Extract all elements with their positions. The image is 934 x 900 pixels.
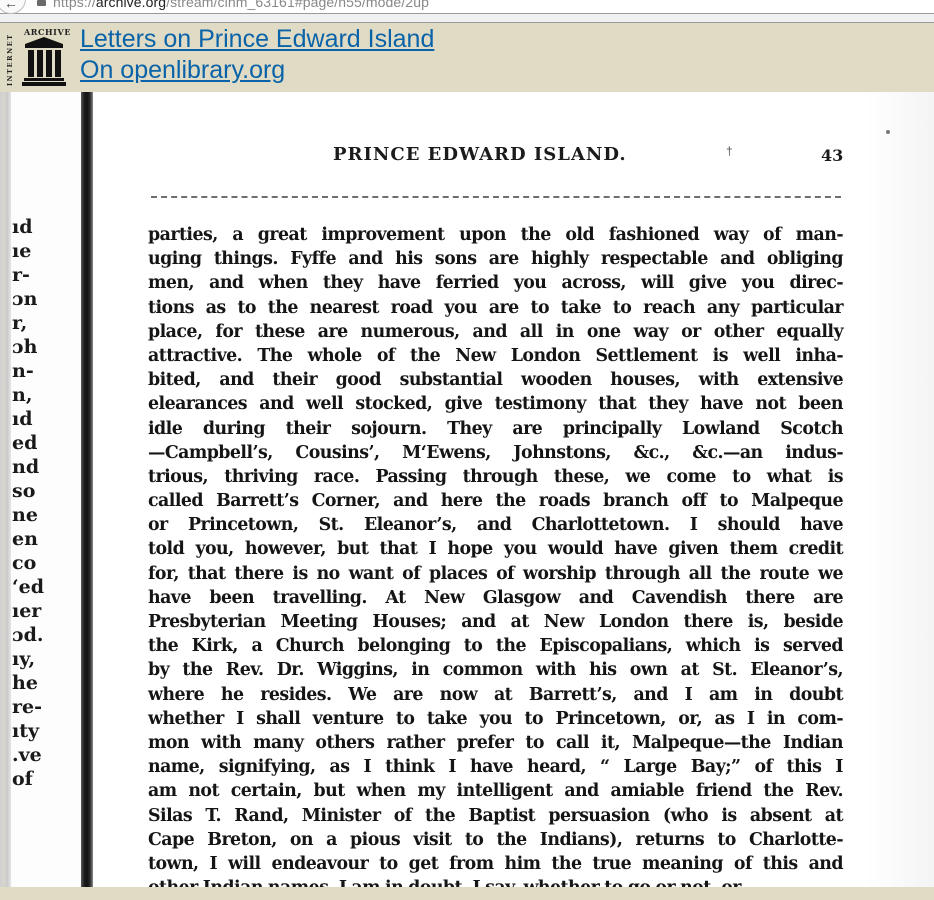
- ia-footer-band: [0, 887, 934, 900]
- text-line: place, for these are numerous, and all i…: [148, 320, 843, 344]
- text-line: parties, a great improvement upon the ol…: [148, 223, 843, 247]
- back-arrow-icon: ←: [4, 0, 18, 10]
- previous-page-text-fragment: ıd: [12, 215, 33, 239]
- header-rule: [151, 196, 841, 198]
- text-line: the Kirk, a Church belonging to the Epis…: [148, 634, 843, 658]
- text-line: whether I shall venture to take you to P…: [148, 707, 843, 731]
- previous-page-text-fragment: r-: [12, 263, 30, 287]
- previous-page-text-fragment: ed: [12, 431, 37, 455]
- text-line: where he resides. We are now at Barrett’…: [148, 683, 843, 707]
- previous-page-text-fragment: ɔd.: [12, 623, 43, 647]
- lock-icon: [37, 0, 46, 6]
- page-body-text: parties, a great improvement upon the ol…: [148, 223, 843, 887]
- previous-page-text-fragment: ıy,: [12, 647, 35, 671]
- text-line: tions as to the nearest road you are to …: [148, 296, 843, 320]
- previous-page-text-fragment: nd: [12, 455, 39, 479]
- previous-page-text-fragment: ıe: [12, 239, 31, 263]
- back-button[interactable]: ←: [0, 0, 26, 14]
- url-text[interactable]: https://archive.org/stream/cihm_63161#pa…: [53, 0, 429, 10]
- text-line: by the Rev. Dr. Wiggins, in common with …: [148, 658, 843, 682]
- previous-page-edge[interactable]: ıdıer-ɔnr,ɔhn-n,ıdedndsoneencoʻedıerɔd.ı…: [11, 92, 81, 887]
- previous-page-text-fragment: co: [12, 551, 36, 575]
- svg-text:INTERNET: INTERNET: [6, 33, 14, 86]
- running-head-mark: †: [726, 144, 733, 158]
- openlibrary-link[interactable]: On openlibrary.org: [80, 55, 434, 86]
- text-line: uging things. Fyffe and his sons are hig…: [148, 247, 843, 271]
- text-line: am not certain, but when my intelligent …: [148, 779, 843, 803]
- internet-archive-logo-icon[interactable]: ARCHIVE INTERNET: [4, 26, 70, 89]
- running-head: PRINCE EDWARD ISLAND.: [333, 144, 627, 165]
- text-line: town, I will endeavour to get from him t…: [148, 852, 843, 876]
- url-host: archive.org: [96, 0, 166, 10]
- url-scheme: https://: [53, 0, 96, 10]
- browser-chrome: ← https://archive.org/stream/cihm_63161#…: [0, 0, 934, 22]
- scan-speck: [886, 130, 890, 134]
- text-line: men, and when they have ferried you acro…: [148, 271, 843, 295]
- text-line: —Campbell’s, Cousins’, M‘Ewens, Johnston…: [148, 441, 843, 465]
- previous-page-text-fragment: en: [12, 527, 38, 551]
- previous-page-text-fragment: of: [12, 767, 33, 791]
- previous-page-text-fragment: re-: [12, 695, 42, 719]
- previous-page-text-fragment: ıer: [12, 599, 41, 623]
- url-path: /stream/cihm_63161#page/n55/mode/2up: [166, 0, 429, 10]
- text-line: have been travelling. At New Glasgow and…: [148, 586, 843, 610]
- text-line: Presbyterian Meeting Houses; and at New …: [148, 610, 843, 634]
- text-line: called Barrett’s Corner, and here the ro…: [148, 489, 843, 513]
- page-number: 43: [821, 146, 843, 165]
- book-title-link[interactable]: Letters on Prince Edward Island: [80, 24, 434, 55]
- text-line: for, that there is no want of places of …: [148, 562, 843, 586]
- current-page[interactable]: PRINCE EDWARD ISLAND. † 43 parties, a gr…: [93, 92, 934, 887]
- previous-page-text-fragment: ʻed: [12, 575, 44, 599]
- previous-page-text-fragment: ıty: [12, 719, 39, 743]
- text-line: Cape Breton, on a pious visit to the Ind…: [148, 828, 843, 852]
- address-bar[interactable]: ← https://archive.org/stream/cihm_63161#…: [0, 0, 934, 14]
- previous-page-text-fragment: n-: [12, 359, 34, 383]
- previous-page-text-fragment: .ve: [12, 743, 42, 767]
- svg-text:ARCHIVE: ARCHIVE: [23, 27, 70, 37]
- text-line: name, signifying, as I think I have hear…: [148, 755, 843, 779]
- previous-page-text-fragment: he: [12, 671, 38, 695]
- ia-header: ARCHIVE INTERNET Letters on Prince Edwar…: [0, 23, 934, 92]
- text-line: mon with many others rather prefer to ca…: [148, 731, 843, 755]
- text-line: Silas T. Rand, Minister of the Baptist p…: [148, 804, 843, 828]
- previous-page-text-fragment: ıd: [12, 407, 33, 431]
- ia-links: Letters on Prince Edward Island On openl…: [80, 24, 434, 86]
- previous-page-text-fragment: so: [12, 479, 35, 503]
- text-line: other Indian names. I am in doubt, I say…: [148, 876, 843, 887]
- previous-page-text-fragment: ɔh: [12, 335, 37, 359]
- text-line: bited, and their good substantial wooden…: [148, 368, 843, 392]
- book-gutter: [81, 92, 93, 887]
- text-line: or Princetown, St. Eleanor’s, and Charlo…: [148, 513, 843, 537]
- text-line: idle during their sojourn. They are prin…: [148, 417, 843, 441]
- previous-page-text-fragment: n,: [12, 383, 32, 407]
- viewer-left-edge: [0, 92, 11, 887]
- text-line: elearances and well stocked, give testim…: [148, 392, 843, 416]
- book-viewer[interactable]: ıdıer-ɔnr,ɔhn-n,ıdedndsoneencoʻedıerɔd.ı…: [0, 92, 934, 887]
- text-line: attractive. The whole of the New London …: [148, 344, 843, 368]
- toolbar-strip: [0, 14, 934, 23]
- previous-page-text-fragment: ɔn: [12, 287, 37, 311]
- previous-page-text-fragment: r,: [12, 311, 27, 335]
- text-line: trious, thriving race. Passing through t…: [148, 465, 843, 489]
- text-line: told you, however, but that I hope you w…: [148, 537, 843, 561]
- previous-page-text-fragment: ne: [12, 503, 38, 527]
